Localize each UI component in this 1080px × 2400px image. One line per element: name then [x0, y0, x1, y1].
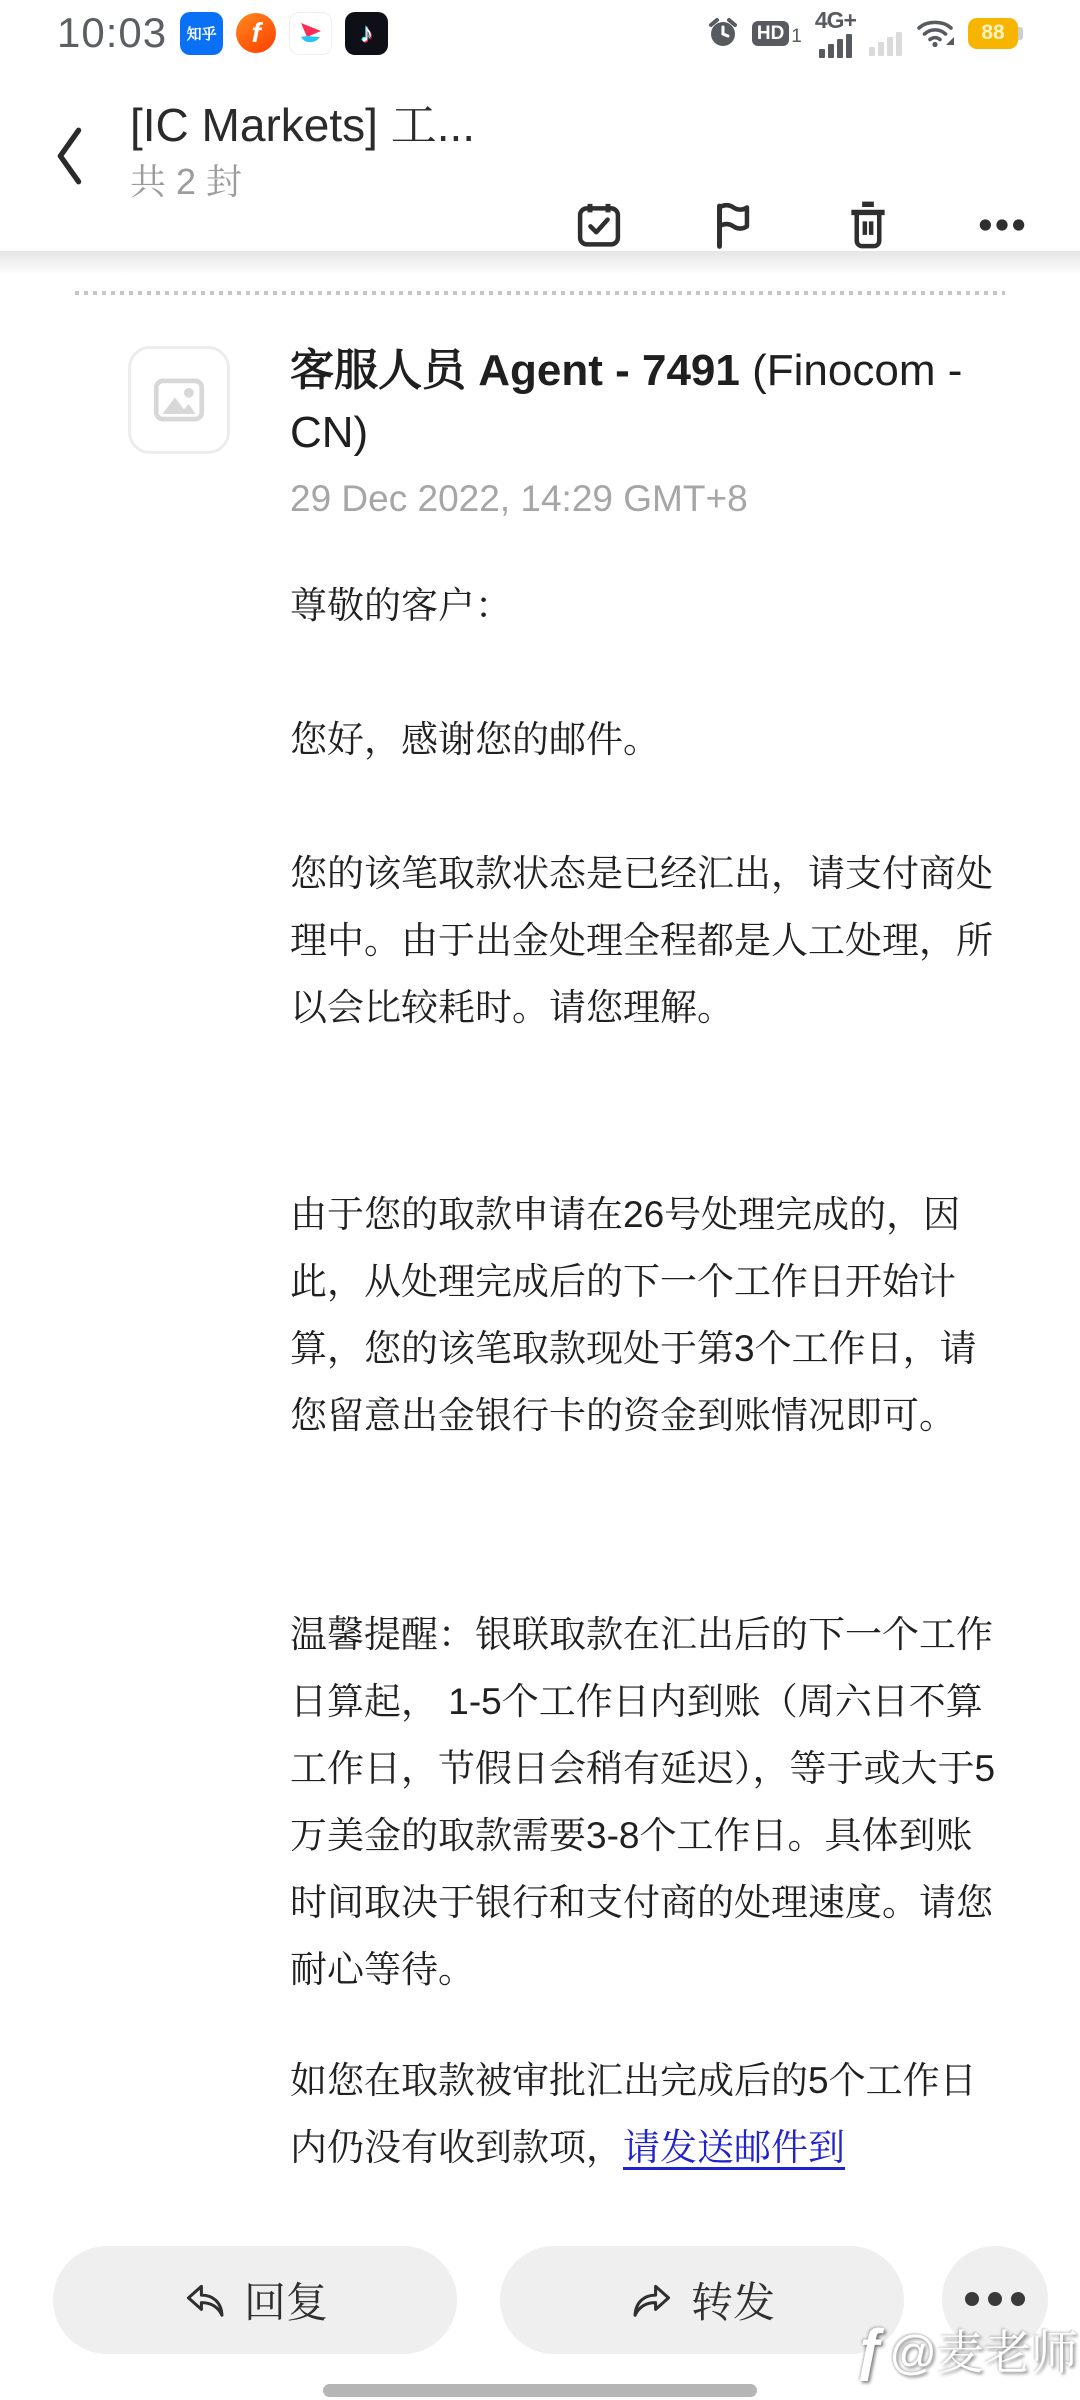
- app-bar-shadow: [0, 251, 1080, 275]
- video-app-notification-icon: [289, 12, 332, 55]
- body-closing-paragraph: 如您在取款被审批汇出完成后的5个工作日内仍没有收到款项，请发送邮件到: [290, 2047, 1004, 2181]
- body-paragraph: 由于您的取款申请在26号处理完成的，因此，从处理完成后的下一个工作日开始计算，您…: [290, 1181, 1004, 1449]
- message-timestamp: 29 Dec 2022, 14:29 GMT+8: [290, 476, 1022, 522]
- home-indicator[interactable]: [323, 2384, 757, 2397]
- flag-icon: [706, 198, 760, 252]
- body-paragraph: 您好，感谢您的邮件。: [290, 706, 1004, 773]
- sender-name: 客服人员 Agent - 7491 (Finocom - CN): [290, 340, 1022, 464]
- mail-subject-title: [IC Markets] 工...: [130, 98, 560, 152]
- trash-icon: [841, 198, 895, 252]
- status-bar-left: 10:03 知乎 f ♪: [57, 9, 388, 57]
- battery-cap: [1018, 27, 1023, 40]
- flag-button[interactable]: [704, 196, 762, 254]
- mark-task-button[interactable]: [570, 196, 628, 254]
- watermark-text: @麦老师: [889, 2316, 1078, 2383]
- reply-button[interactable]: 回复: [53, 2246, 457, 2354]
- thread-count-label: 共 2 封: [130, 160, 560, 204]
- alarm-icon: [707, 17, 739, 49]
- body-paragraph: 温馨提醒：银联取款在汇出后的下一个工作日算起， 1-5个工作日内到账（周六日不算…: [290, 1601, 1004, 2003]
- dot: [965, 2292, 979, 2306]
- app-bar-titles: [IC Markets] 工... 共 2 封: [130, 98, 560, 204]
- send-email-link[interactable]: 请发送邮件到: [623, 2127, 845, 2168]
- forward-arrow-icon: [629, 2277, 675, 2323]
- zhihu-notification-icon: 知乎: [180, 12, 223, 55]
- calendar-check-icon: [572, 198, 626, 252]
- sender-avatar[interactable]: [128, 346, 230, 454]
- wifi-icon: [915, 17, 955, 49]
- delete-button[interactable]: [839, 196, 897, 254]
- message-body: 尊敬的客户： 您好，感谢您的邮件。 您的该笔取款状态是已经汇出，请支付商处理中。…: [290, 572, 1004, 2181]
- mail-app-screen: 10:03 知乎 f ♪: [0, 0, 1080, 2400]
- body-paragraph: 尊敬的客户：: [290, 572, 1004, 639]
- clock-time: 10:03: [57, 9, 167, 57]
- dot: [988, 2292, 1002, 2306]
- message-divider: [75, 291, 1005, 295]
- status-bar: 10:03 知乎 f ♪: [0, 0, 1080, 62]
- watermark-logo-icon: ƒ: [855, 2316, 887, 2383]
- forward-button[interactable]: 转发: [500, 2246, 904, 2354]
- battery-indicator: 88: [968, 18, 1018, 49]
- ellipsis-icon: [975, 198, 1029, 252]
- watermark: ƒ @麦老师: [855, 2316, 1078, 2383]
- status-bar-right: HD 1 4G+ 88: [707, 9, 1018, 58]
- more-options-button[interactable]: [973, 196, 1031, 254]
- reply-arrow-icon: [182, 2277, 228, 2323]
- battery-level: 88: [981, 21, 1004, 45]
- back-button[interactable]: [38, 108, 102, 204]
- hd-voice-icon: HD 1: [752, 21, 802, 46]
- forward-label: 转发: [691, 2270, 775, 2330]
- cellular-signal-sim1-icon: 4G+: [815, 9, 856, 58]
- image-placeholder-icon: [148, 369, 210, 431]
- cellular-signal-sim2-icon: [869, 32, 902, 56]
- app-bar: [IC Markets] 工... 共 2 封: [0, 62, 1080, 251]
- douyin-notification-icon: ♪: [345, 12, 388, 55]
- sender-block: 客服人员 Agent - 7491 (Finocom - CN) 29 Dec …: [290, 340, 1022, 522]
- dot: [1011, 2292, 1025, 2306]
- f-app-notification-icon: f: [236, 13, 276, 53]
- body-paragraph: 您的该笔取款状态是已经汇出，请支付商处理中。由于出金处理全程都是人工处理，所以会…: [290, 840, 1004, 1041]
- reply-label: 回复: [244, 2270, 328, 2330]
